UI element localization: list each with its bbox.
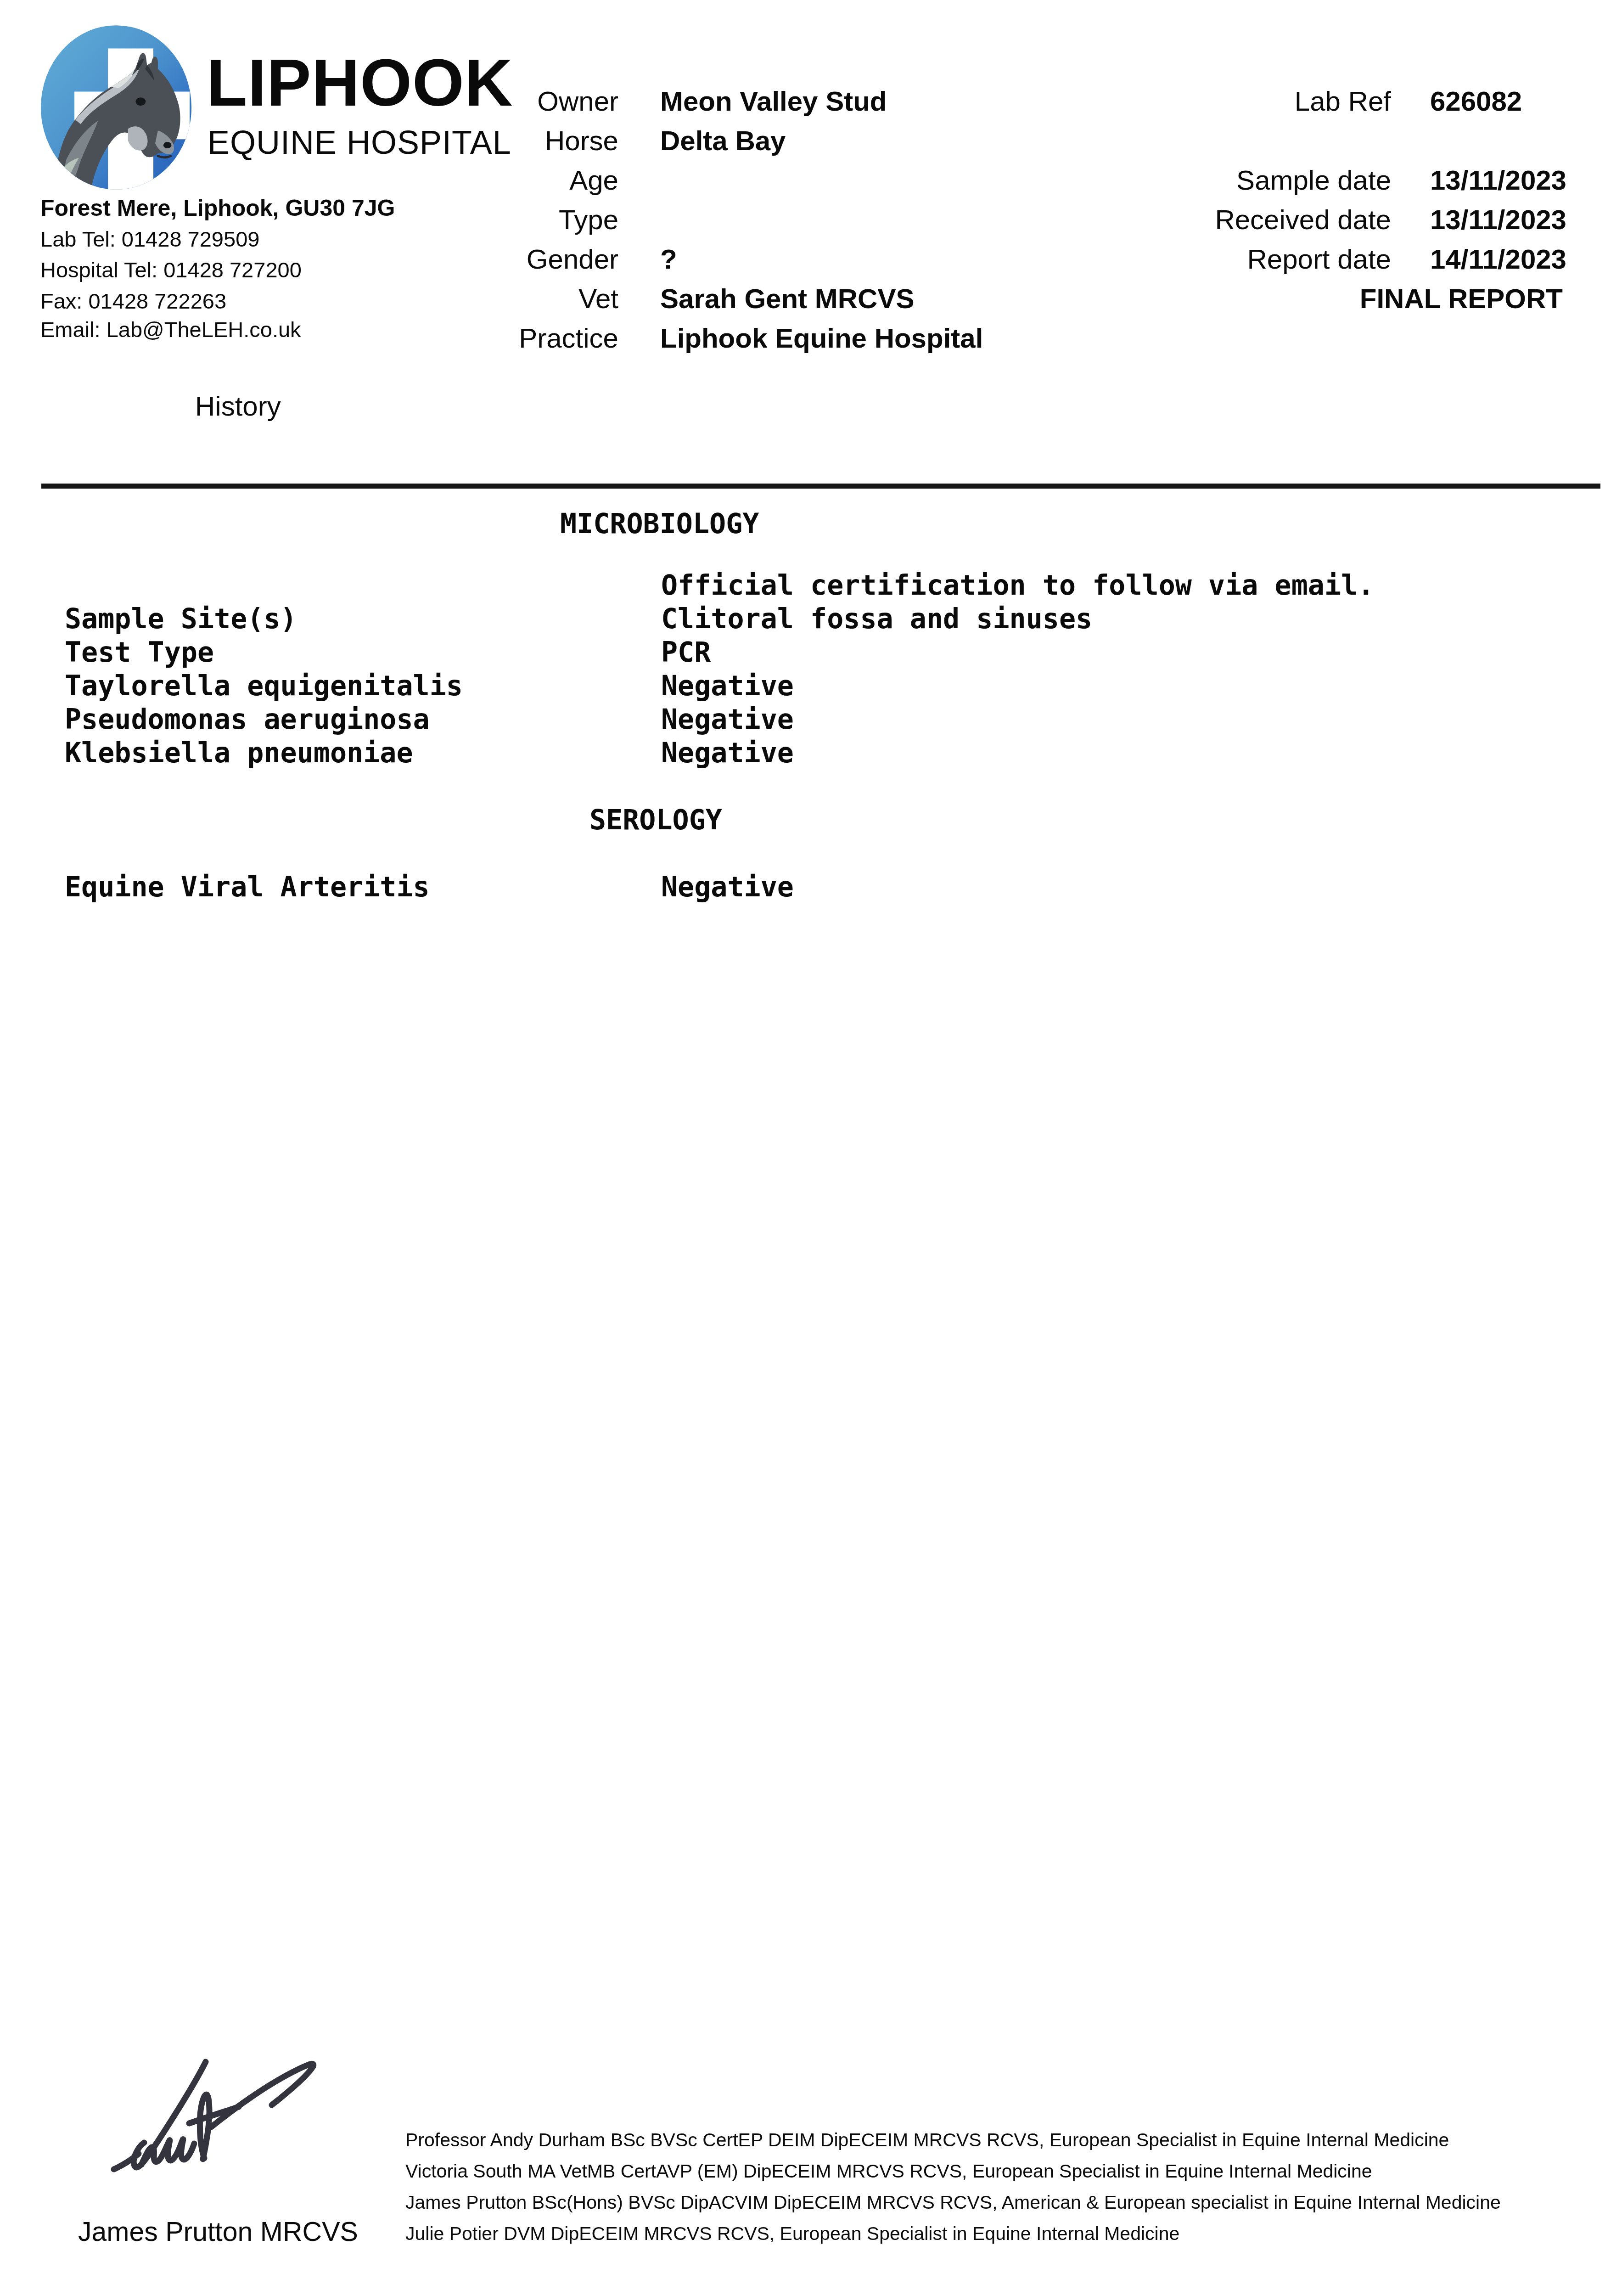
microbiology-section-title: MICROBIOLOGY	[560, 510, 759, 538]
report-date-value: 14/11/2023	[1430, 246, 1566, 273]
result-row-label: Taylorella equigenitalis	[65, 672, 463, 700]
serology-section-title: SEROLOGY	[589, 806, 722, 834]
address-line: Forest Mere, Liphook, GU30 7JG	[40, 197, 395, 219]
certification-note: Official certification to follow via ema…	[661, 572, 1374, 599]
result-row-value: Negative	[661, 873, 794, 901]
credential-line: Victoria South MA VetMB CertAVP (EM) Dip…	[405, 2155, 1501, 2187]
credentials-block: Professor Andy Durham BSc BVSc CertEP DE…	[405, 2124, 1501, 2249]
history-label: History	[195, 393, 281, 420]
received-date-label: Received date	[1215, 206, 1391, 234]
sample-date-value: 13/11/2023	[1430, 167, 1566, 194]
lab-ref-value: 626082	[1430, 88, 1522, 115]
result-row-value: Negative	[661, 672, 794, 700]
age-label: Age	[569, 167, 618, 194]
gender-label: Gender	[527, 246, 618, 273]
result-row-value: Negative	[661, 706, 794, 733]
email-line: Email: Lab@TheLEH.co.uk	[40, 319, 301, 340]
vet-label: Vet	[578, 285, 618, 313]
signatory-name: James Prutton MRCVS	[78, 2218, 358, 2245]
handwritten-signature-icon	[60, 2049, 326, 2189]
result-row-label: Klebsiella pneumoniae	[65, 739, 413, 767]
final-report-status: FINAL REPORT	[1360, 285, 1563, 313]
report-date-label: Report date	[1247, 246, 1391, 273]
credential-line: James Prutton BSc(Hons) BVSc DipACVIM Di…	[405, 2187, 1501, 2218]
signature-block	[60, 2049, 326, 2189]
gender-value: ?	[660, 246, 677, 273]
result-row-label: Test Type	[65, 639, 214, 666]
hospital-tel-line: Hospital Tel: 01428 727200	[40, 259, 302, 281]
result-row-label: Sample Site(s)	[65, 605, 297, 633]
credential-line: Professor Andy Durham BSc BVSc CertEP DE…	[405, 2124, 1501, 2155]
type-label: Type	[559, 206, 618, 234]
horse-head-logo	[39, 22, 193, 193]
result-row-value: PCR	[661, 639, 711, 666]
hospital-logo	[39, 22, 193, 193]
lab-ref-label: Lab Ref	[1295, 88, 1391, 115]
credential-line: Julie Potier DVM DipECEIM MRCVS RCVS, Eu…	[405, 2218, 1501, 2249]
sample-date-label: Sample date	[1236, 167, 1391, 194]
owner-value: Meon Valley Stud	[660, 88, 887, 115]
vet-value: Sarah Gent MRCVS	[660, 285, 914, 313]
brand-subtitle: EQUINE HOSPITAL	[208, 126, 511, 159]
result-row-value: Negative	[661, 739, 794, 767]
result-row-label: Equine Viral Arteritis	[65, 873, 430, 901]
brand-title: LIPHOOK	[207, 50, 513, 116]
lab-tel-line: Lab Tel: 01428 729509	[40, 228, 259, 250]
lab-report-page: LIPHOOK EQUINE HOSPITAL Forest Mere, Lip…	[0, 0, 1622, 2296]
result-row-value: Clitoral fossa and sinuses	[661, 605, 1092, 633]
section-divider	[41, 484, 1600, 489]
practice-value: Liphook Equine Hospital	[660, 325, 983, 352]
owner-label: Owner	[537, 88, 618, 115]
horse-value: Delta Bay	[660, 127, 786, 155]
practice-label: Practice	[519, 325, 618, 352]
horse-label: Horse	[545, 127, 618, 155]
received-date-value: 13/11/2023	[1430, 206, 1566, 234]
result-row-label: Pseudomonas aeruginosa	[65, 706, 430, 733]
fax-line: Fax: 01428 722263	[40, 290, 226, 312]
